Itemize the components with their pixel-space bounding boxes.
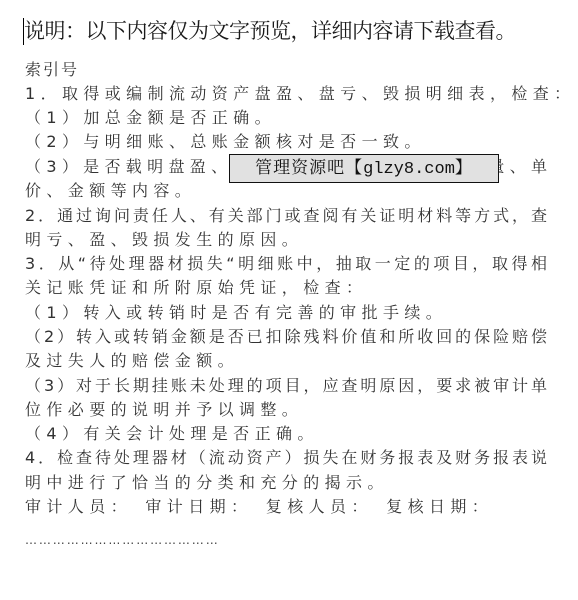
watermark-banner: 管理资源吧【glzy8.com】: [229, 154, 499, 183]
doc-line-13: （3）对于长期挂账未处理的项目，应查明原因，要求被审计单: [25, 374, 547, 398]
doc-line-7: 明亏、盈、毁损发生的原因。: [25, 228, 303, 252]
doc-line-1: 1．取得或编制流动资产盘盈、盘亏、毁损明细表，检查：: [25, 82, 576, 106]
doc-line-12: 及过失人的赔偿金额。: [25, 349, 239, 373]
index-label: 索引号: [25, 58, 79, 82]
doc-line-14: 位作必要的说明并予以调整。: [25, 398, 303, 422]
doc-line-5: 价、金额等内容。: [25, 179, 196, 203]
doc-line-10: （1）转入或转销时是否有完善的审批手续。: [25, 301, 447, 325]
doc-line-3: （2）与明细账、总账金额核对是否一致。: [25, 130, 426, 154]
doc-line-16: 4．检查待处理器材（流动资产）损失在财务报表及财务报表说: [25, 446, 547, 470]
doc-line-17: 明中进行了恰当的分类和充分的揭示。: [25, 471, 389, 495]
doc-line-9: 关记账凭证和所附原始凭证，检查：: [25, 276, 367, 300]
doc-line-15: （4）有关会计处理是否正确。: [25, 422, 319, 446]
preview-notice: 说明：以下内容仅为文字预览，详细内容请下载查看。: [24, 16, 516, 46]
watermark-bracket-close: 】: [455, 158, 473, 178]
watermark-url: glzy8.com: [363, 160, 455, 179]
doc-line-8: 3．从“待处理器材损失“明细账中，抽取一定的项目，取得相: [25, 252, 547, 276]
doc-line-6: 2．通过询问责任人、有关部门或查阅有关证明材料等方式，查: [25, 204, 547, 228]
watermark-label: 管理资源吧: [255, 158, 345, 178]
watermark-bracket-open: 【: [345, 158, 363, 178]
doc-line-18: 审计人员： 审计日期： 复核人员： 复核日期：: [25, 495, 493, 519]
doc-line-11: （2）转入或转销金额是否已扣除残料价值和所收回的保险赔偿: [25, 325, 547, 349]
doc-line-2: （1）加总金额是否正确。: [25, 106, 276, 130]
dotted-leader: ……………………………………: [25, 534, 220, 546]
